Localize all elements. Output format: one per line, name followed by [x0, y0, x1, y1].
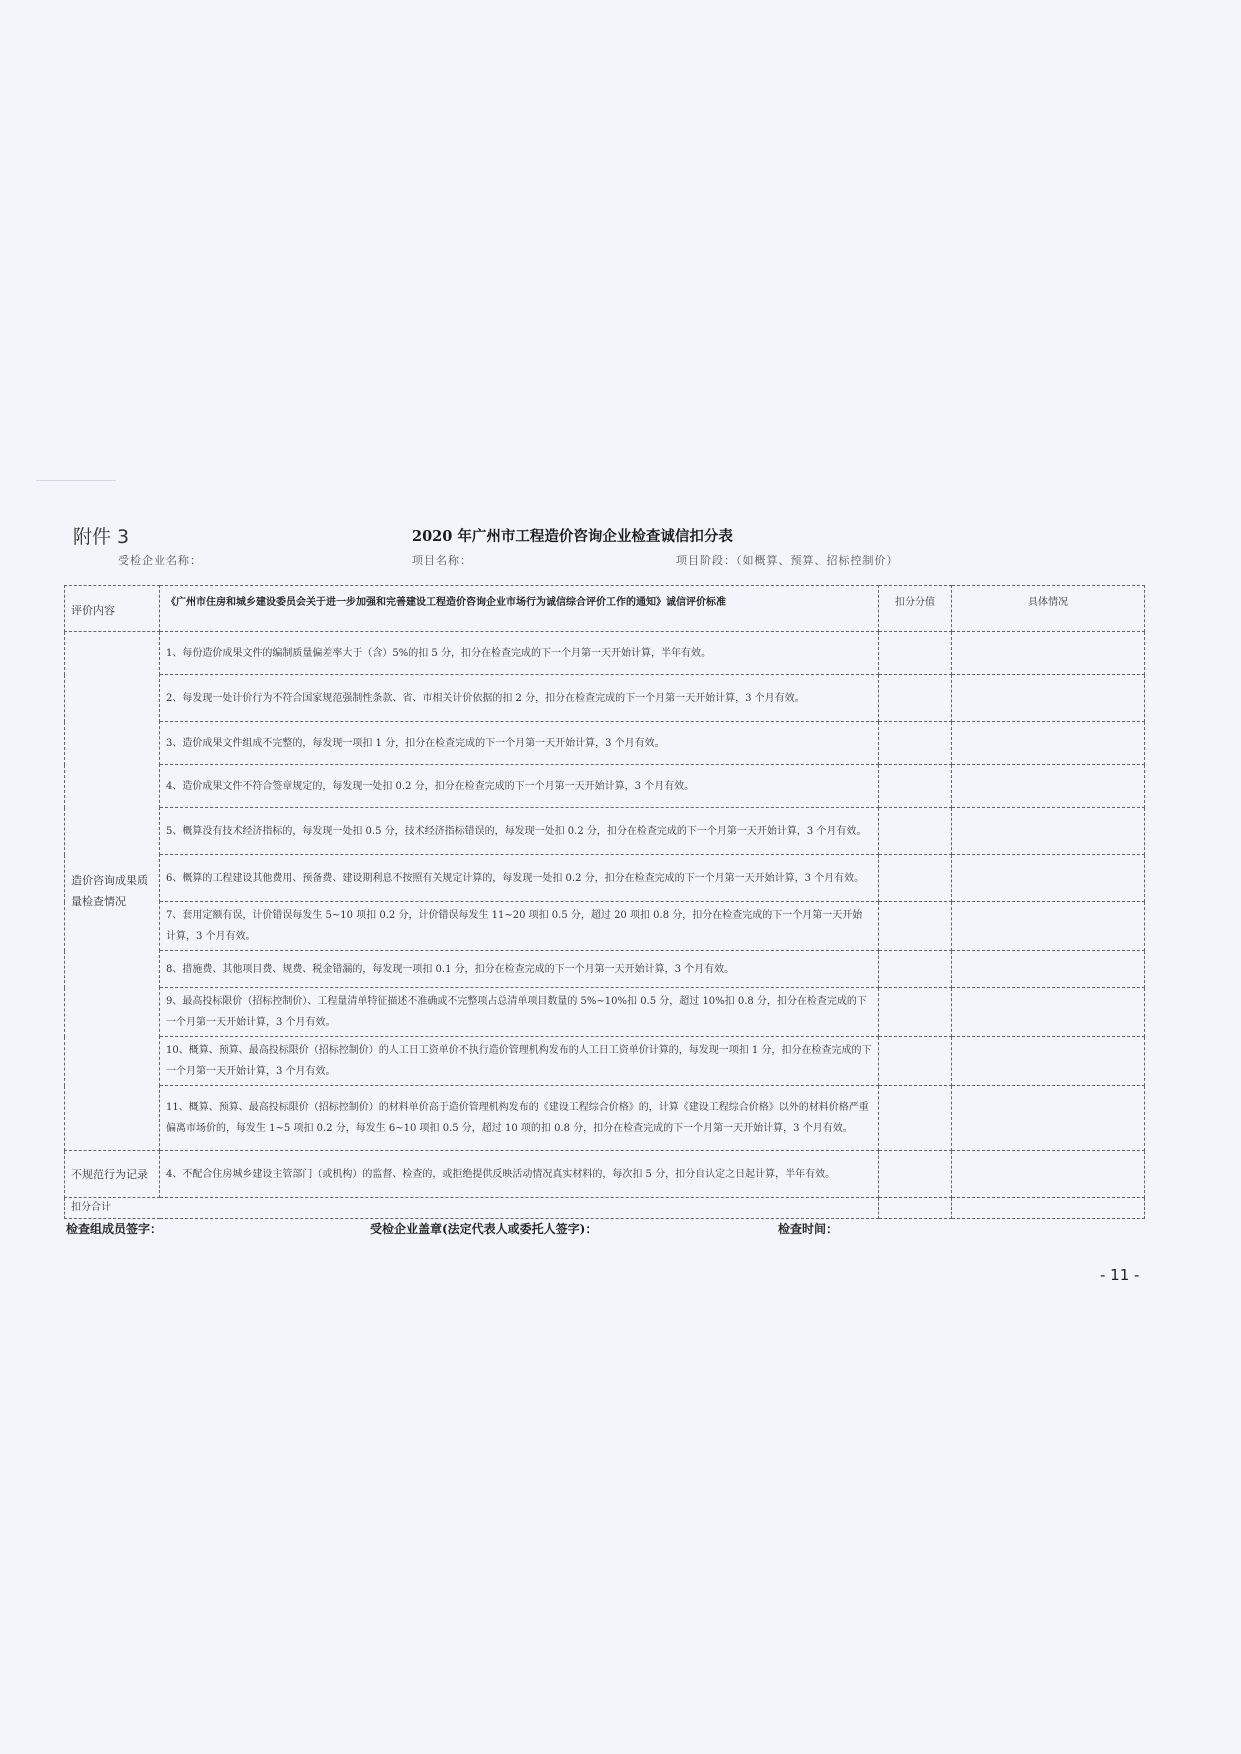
standard-item: 11、概算、预算、最高投标限价（招标控制价）的材料单价高于造价管理机构发布的《建… [160, 1086, 879, 1151]
detail-cell[interactable] [952, 1037, 1145, 1086]
total-detail-cell[interactable] [952, 1198, 1145, 1219]
header-category: 评价内容 [65, 586, 160, 632]
standard-item: 10、概算、预算、最高投标限价（招标控制价）的人工日工资单价不执行造价管理机构发… [160, 1037, 879, 1086]
detail-cell[interactable] [952, 765, 1145, 808]
score-cell[interactable] [879, 855, 952, 902]
score-cell[interactable] [879, 808, 952, 855]
detail-cell[interactable] [952, 902, 1145, 951]
standard-item: 2、每发现一处计价行为不符合国家规范强制性条款、省、市相关计价依据的扣 2 分，… [160, 675, 879, 722]
table-row: 4、造价成果文件不符合签章规定的，每发现一处扣 0.2 分，扣分在检查完成的下一… [65, 765, 1145, 808]
project-name-label: 项目名称： [412, 552, 472, 568]
document-title: 2020 年广州市工程造价咨询企业检查诚信扣分表 [412, 525, 733, 546]
standard-item: 4、不配合住房城乡建设主管部门（或机构）的监督、检查的，或拒绝提供反映活动情况真… [160, 1151, 879, 1198]
header-standard: 《广州市住房和城乡建设委员会关于进一步加强和完善建设工程造价咨询企业市场行为诚信… [160, 586, 879, 632]
enterprise-name-label: 受检企业名称： [118, 552, 202, 568]
score-cell[interactable] [879, 722, 952, 765]
detail-cell[interactable] [952, 808, 1145, 855]
standard-item: 3、造价成果文件组成不完整的，每发现一项扣 1 分，扣分在检查完成的下一个月第一… [160, 722, 879, 765]
inspection-time-label: 检查时间： [778, 1220, 838, 1237]
table-row: 造价咨询成果质量检查情况 1、每份造价成果文件的编制质量偏差率大于（含）5%的扣… [65, 632, 1145, 675]
score-cell[interactable] [879, 675, 952, 722]
header-detail: 具体情况 [952, 586, 1145, 632]
total-label: 扣分合计 [65, 1198, 879, 1219]
enterprise-seal-label: 受检企业盖章(法定代表人或委托人签字)： [370, 1220, 597, 1237]
table-row: 9、最高投标限价（招标控制价）、工程量清单特征描述不准确或不完整项占总清单项目数… [65, 988, 1145, 1037]
table-row: 6、概算的工程建设其他费用、预备费、建设期利息不按照有关规定计算的，每发现一处扣… [65, 855, 1145, 902]
header-score: 扣分分值 [879, 586, 952, 632]
score-cell[interactable] [879, 1037, 952, 1086]
detail-cell[interactable] [952, 1151, 1145, 1198]
total-row: 扣分合计 [65, 1198, 1145, 1219]
standard-item: 7、套用定额有误，计价错误每发生 5~10 项扣 0.2 分，计价错误每发生 1… [160, 902, 879, 951]
score-cell[interactable] [879, 765, 952, 808]
table-row: 8、措施费、其他项目费、规费、税金错漏的，每发现一项扣 0.1 分，扣分在检查完… [65, 951, 1145, 988]
table-row: 2、每发现一处计价行为不符合国家规范强制性条款、省、市相关计价依据的扣 2 分，… [65, 675, 1145, 722]
deduction-table: 评价内容 《广州市住房和城乡建设委员会关于进一步加强和完善建设工程造价咨询企业市… [64, 585, 1145, 1219]
scan-mark [36, 480, 116, 481]
score-cell[interactable] [879, 632, 952, 675]
table-header-row: 评价内容 《广州市住房和城乡建设委员会关于进一步加强和完善建设工程造价咨询企业市… [65, 586, 1145, 632]
score-cell[interactable] [879, 988, 952, 1037]
table-row: 7、套用定额有误，计价错误每发生 5~10 项扣 0.2 分，计价错误每发生 1… [65, 902, 1145, 951]
attachment-label: 附件 3 [73, 522, 129, 549]
score-cell[interactable] [879, 1151, 952, 1198]
detail-cell[interactable] [952, 951, 1145, 988]
score-cell[interactable] [879, 1086, 952, 1151]
detail-cell[interactable] [952, 632, 1145, 675]
standard-item: 8、措施费、其他项目费、规费、税金错漏的，每发现一项扣 0.1 分，扣分在检查完… [160, 951, 879, 988]
standard-item: 5、概算没有技术经济指标的，每发现一处扣 0.5 分，技术经济指标错误的，每发现… [160, 808, 879, 855]
table-row: 5、概算没有技术经济指标的，每发现一处扣 0.5 分，技术经济指标错误的，每发现… [65, 808, 1145, 855]
table-row: 3、造价成果文件组成不完整的，每发现一项扣 1 分，扣分在检查完成的下一个月第一… [65, 722, 1145, 765]
page-number: - 11 - [1100, 1266, 1139, 1284]
category-cell: 不规范行为记录 [65, 1151, 160, 1198]
detail-cell[interactable] [952, 988, 1145, 1037]
total-score-cell[interactable] [879, 1198, 952, 1219]
score-cell[interactable] [879, 951, 952, 988]
detail-cell[interactable] [952, 1086, 1145, 1151]
table-row: 10、概算、预算、最高投标限价（招标控制价）的人工日工资单价不执行造价管理机构发… [65, 1037, 1145, 1086]
standard-item: 4、造价成果文件不符合签章规定的，每发现一处扣 0.2 分，扣分在检查完成的下一… [160, 765, 879, 808]
table-row: 11、概算、预算、最高投标限价（招标控制价）的材料单价高于造价管理机构发布的《建… [65, 1086, 1145, 1151]
inspector-signature-label: 检查组成员签字： [66, 1220, 162, 1237]
detail-cell[interactable] [952, 722, 1145, 765]
category-cell: 造价咨询成果质量检查情况 [65, 632, 160, 1151]
detail-cell[interactable] [952, 675, 1145, 722]
standard-item: 9、最高投标限价（招标控制价）、工程量清单特征描述不准确或不完整项占总清单项目数… [160, 988, 879, 1037]
score-cell[interactable] [879, 902, 952, 951]
standard-item: 1、每份造价成果文件的编制质量偏差率大于（含）5%的扣 5 分，扣分在检查完成的… [160, 632, 879, 675]
table-row: 不规范行为记录 4、不配合住房城乡建设主管部门（或机构）的监督、检查的，或拒绝提… [65, 1151, 1145, 1198]
project-stage-label: 项目阶段：（如概算、预算、招标控制价） [676, 552, 899, 568]
standard-item: 6、概算的工程建设其他费用、预备费、建设期利息不按照有关规定计算的，每发现一处扣… [160, 855, 879, 902]
detail-cell[interactable] [952, 855, 1145, 902]
